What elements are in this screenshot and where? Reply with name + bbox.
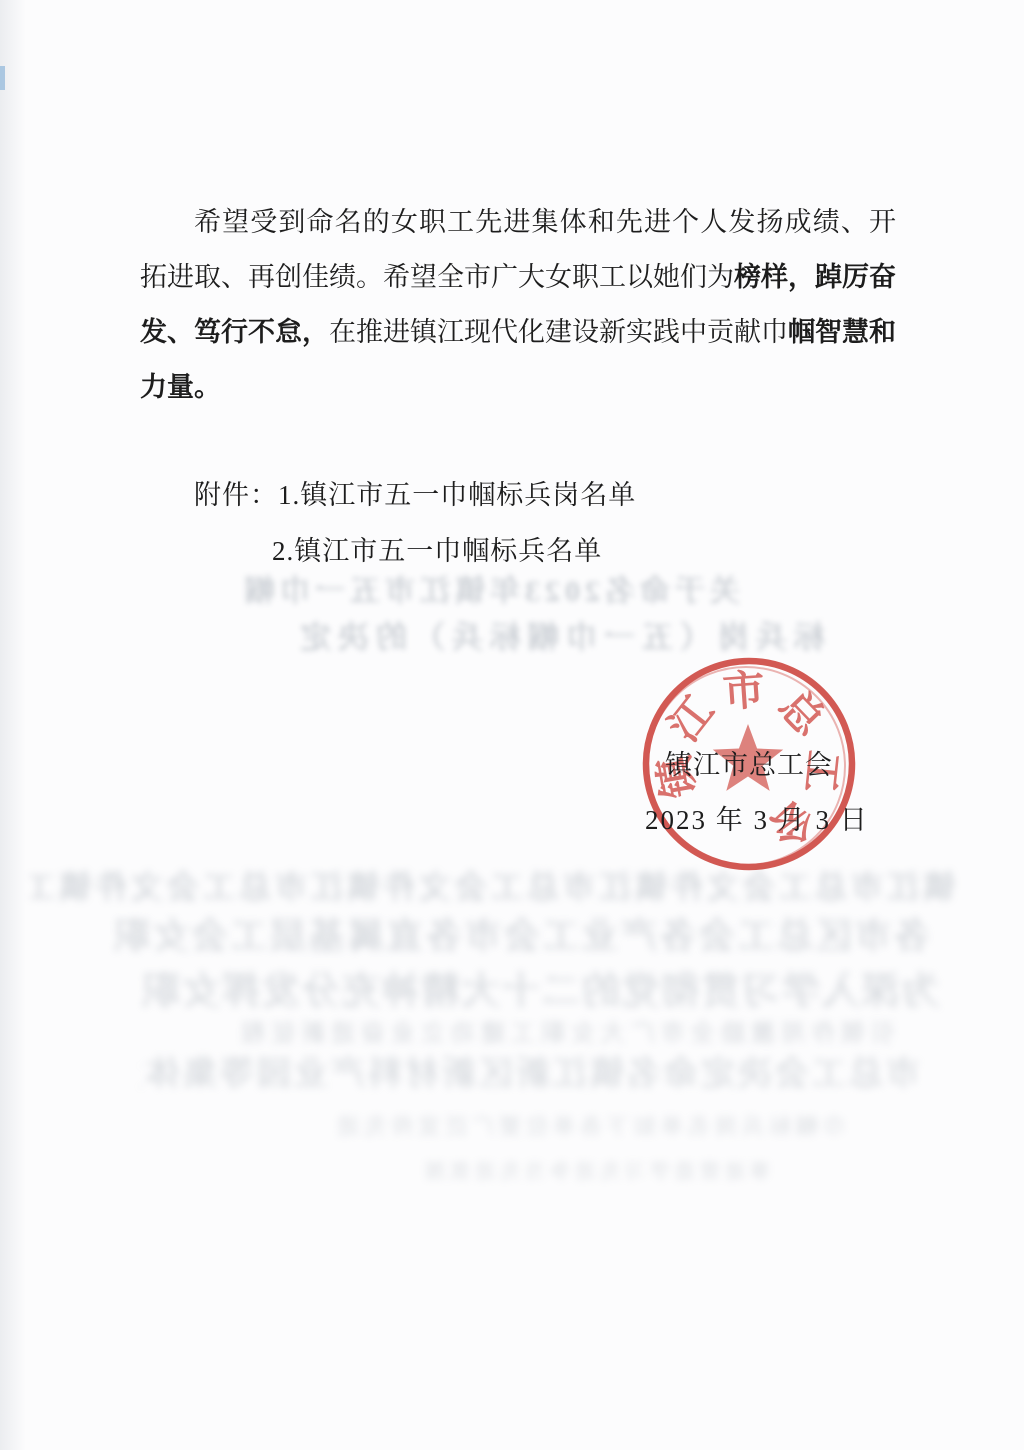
bleed-through-text: 标兵岗（五一巾帼标兵）的决定 [235, 612, 825, 657]
scan-edge-shadow [0, 0, 26, 1450]
signature-date: 2023 年 3 月 3 日 [645, 798, 869, 837]
attachment-line-1: 附件：1.镇江市五一巾帼标兵岗名单 [194, 473, 636, 512]
signature-org: 镇江市总工会 [665, 743, 833, 782]
paragraph-text-bold: 帼智慧和 [788, 317, 896, 347]
attachment-line-2: 2.镇江市五一巾帼标兵名单 [272, 529, 602, 568]
paragraph-text: 拓进取、再创佳绩。希望全市广大女职工以她们为 [140, 262, 734, 292]
scan-edge-artifact [0, 66, 5, 90]
bleed-through-text: 关于命名2023年镇江市五一巾帼 [245, 566, 740, 610]
paragraph-text: 希望受到命名的女职工先进集体和先进个人发扬成绩、开 [194, 207, 896, 237]
paragraph-text: 在推进镇江现代化建设新实践中贡献巾 [329, 317, 788, 347]
bleed-through-text: 事迹营造学习先进争当先进氛围 [290, 1155, 770, 1184]
paragraph-text-bold: 发、笃行不怠， [140, 317, 329, 347]
paragraph-text-bold: 力量。 [140, 372, 221, 402]
paragraph-line: 希望受到命名的女职工先进集体和先进个人发扬成绩、开 [140, 207, 896, 238]
bleed-through-text: 为深入学习贯彻党的二十大精神充分发挥女职工先进典型示范 [140, 960, 940, 1015]
paragraph-line: 力量。 [140, 372, 896, 403]
paragraph-line: 拓进取、再创佳绩。希望全市广大女职工以她们为榜样，踔厉奋 [140, 262, 896, 293]
seal-char: 市 [721, 667, 766, 717]
bleed-through-text: 市总工会决定命名镇江新区新材料产业园等集体为镇江市五一 [140, 1046, 920, 1095]
document-page: 关于命名2023年镇江市五一巾帼 标兵岗（五一巾帼标兵）的决定 镇江市总工会文件… [0, 0, 1024, 1450]
bleed-through-text: 各市区总工会各产业工会市各直属基层工会女职工委员会单位 [115, 908, 930, 959]
bleed-through-text: 引领作用激励全市广大女职工建功立业奋进新征程 [205, 1013, 895, 1048]
bleed-through-text: 巾帼标兵岗名单如下各单位要广泛宣传先进 [255, 1110, 845, 1141]
paragraph-text-bold: 榜样，踔厉奋 [734, 262, 896, 292]
paragraph-line: 发、笃行不怠，在推进镇江现代化建设新实践中贡献巾帼智慧和 [140, 317, 896, 348]
